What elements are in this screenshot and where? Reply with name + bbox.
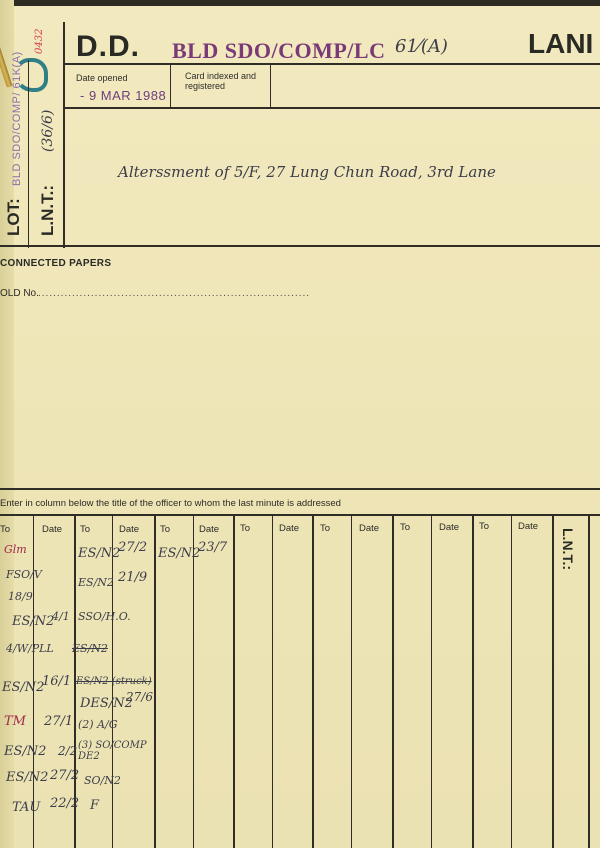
- col-header-date: Date: [199, 524, 219, 535]
- col-header-to: To: [400, 522, 410, 533]
- file-reference-suffix: 61⁄(A): [395, 36, 448, 57]
- table-top-line: [0, 488, 600, 490]
- col-line: [392, 514, 394, 848]
- col-header-date: Date: [279, 523, 299, 534]
- date-opened-label: Date opened: [76, 73, 128, 83]
- col-header-to: To: [479, 521, 489, 532]
- subject-bottom-line: [0, 245, 600, 247]
- card-indexed-label: Card indexed and registered: [185, 71, 265, 91]
- entry-to: (2) A/G: [78, 718, 118, 731]
- top-edge: [0, 0, 600, 6]
- col-header-to: To: [80, 524, 90, 535]
- lot-value: BLD SDO/COMP/ 61K(A): [11, 51, 23, 186]
- entry-date: 21/9: [118, 570, 147, 585]
- entry-to: DES/N2: [80, 696, 133, 711]
- entry-date: 22/2: [50, 796, 79, 811]
- entry-to: TAU: [12, 800, 40, 815]
- col-header-to: To: [160, 524, 170, 535]
- entry-date: 27/2: [50, 768, 79, 783]
- lnt-value: (36/6): [40, 110, 56, 152]
- entry-to: FSO/V: [6, 568, 42, 581]
- date-box-divider: [170, 63, 171, 108]
- entry-to: SSO/H.O.: [78, 610, 131, 623]
- connected-papers-title: CONNECTED PAPERS: [0, 258, 111, 269]
- col-header-date: Date: [359, 523, 379, 534]
- date-opened-value: - 9 MAR 1988: [80, 88, 166, 103]
- card-box-divider: [270, 63, 271, 108]
- col-line: [511, 514, 512, 848]
- col-header-date: Date: [42, 524, 62, 535]
- form-code: D.D.: [76, 30, 140, 64]
- col-header-date: Date: [518, 521, 538, 532]
- entry-to: (3) SO/COMP DE2: [78, 740, 148, 762]
- entry-date: 4/1: [52, 610, 70, 623]
- entry-date: 16/1: [42, 674, 71, 689]
- col-line: [193, 514, 194, 848]
- old-no-label: OLD No.: [0, 288, 39, 299]
- col-header-date: Date: [119, 524, 139, 535]
- file-reference-stamp: BLD SDO/COMP/LC: [172, 38, 385, 64]
- entry-date: 2/2: [58, 744, 77, 758]
- lnt-right-label: L.N.T.:: [560, 528, 576, 570]
- col-header-date: Date: [439, 522, 459, 533]
- entry-to: Glm: [4, 543, 27, 556]
- frame-left-line: [63, 22, 65, 248]
- col-header-to: To: [0, 524, 10, 535]
- red-number: 0432: [34, 29, 45, 54]
- col-line: [233, 514, 235, 848]
- entry-to: ES/N2: [6, 770, 48, 785]
- old-no-field: ........................................…: [38, 288, 310, 299]
- entry-date: 27/2: [118, 540, 147, 555]
- entry-to: ES/N2: [72, 642, 108, 655]
- entry-to: ES/N2: [78, 546, 120, 561]
- col-line: [552, 514, 554, 848]
- entry-to: ES/N2: [78, 576, 114, 589]
- col-line: [588, 514, 590, 848]
- table-header-line: [0, 514, 600, 516]
- entry-to: SO/N2: [84, 774, 121, 787]
- entry-to: 18/9: [8, 590, 33, 603]
- col-line: [312, 514, 314, 848]
- subject-description: Alterssment of 5/F, 27 Lung Chun Road, 3…: [118, 163, 496, 181]
- side-divider-line: [28, 60, 29, 248]
- entry-date: 27/6: [126, 690, 153, 704]
- entry-date: 23/7: [198, 540, 227, 555]
- col-line: [431, 514, 432, 848]
- col-line: [472, 514, 474, 848]
- department-title: LANI: [528, 28, 593, 60]
- col-line: [154, 514, 156, 848]
- entry-to: TM: [4, 714, 26, 729]
- col-header-to: To: [240, 523, 250, 534]
- entry-to: ES/N2: [4, 744, 46, 759]
- entry-date: 27/1: [44, 714, 73, 729]
- subject-top-line: [63, 107, 600, 109]
- entry-to: ES/N2: [158, 546, 200, 561]
- minutes-instruction: Enter in column below the title of the o…: [0, 498, 341, 509]
- entry-to: F: [90, 798, 99, 813]
- entry-to: ES/N2 (struck): [76, 676, 152, 687]
- col-header-to: To: [320, 523, 330, 534]
- entry-to: ES/N2: [12, 614, 54, 629]
- entry-to: ES/N2: [2, 680, 44, 695]
- lnt-label: L.N.T.:: [38, 185, 58, 236]
- col-line: [272, 514, 273, 848]
- lot-label: LOT:: [4, 198, 24, 236]
- col-line: [351, 514, 352, 848]
- entry-to: 4/W/PLL: [6, 642, 54, 655]
